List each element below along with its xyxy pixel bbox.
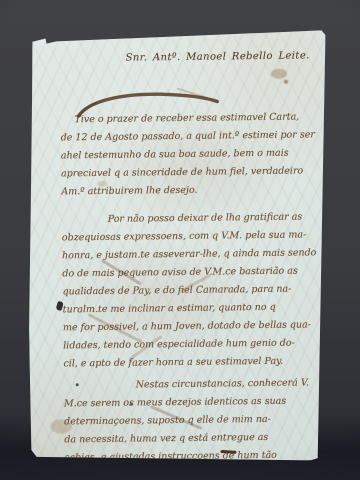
letter-line: qualidades de Pay, e do fiel Camarada, p… — [62, 280, 322, 301]
letter-line: cil, e apto de fazer honra a seu estimav… — [63, 352, 323, 373]
letter-line: M.ce serem os meus dezejos identicos as … — [64, 392, 324, 413]
letter-line: apreciavel q a sinceridade de hum fiel, … — [61, 162, 321, 183]
paper-stain — [271, 69, 287, 79]
letter-salutation: Snr. Antº. Manoel Rebello Leite. — [26, 50, 310, 64]
letter-line: sabias, e ajustadas instrucçoens de hum … — [64, 446, 324, 464]
letter-line: Am.º attribuirem lhe desejo. — [61, 180, 321, 201]
letter-photo: Snr. Antº. Manoel Rebello Leite. Tive o … — [0, 0, 360, 480]
letter-body: Tive o prazer de receber essa estimavel … — [60, 108, 324, 464]
letter-line: lidades, tendo com especialidade hum gen… — [63, 334, 323, 355]
paper-stain — [284, 80, 288, 84]
letter-paper: Snr. Antº. Manoel Rebello Leite. Tive o … — [25, 28, 330, 464]
